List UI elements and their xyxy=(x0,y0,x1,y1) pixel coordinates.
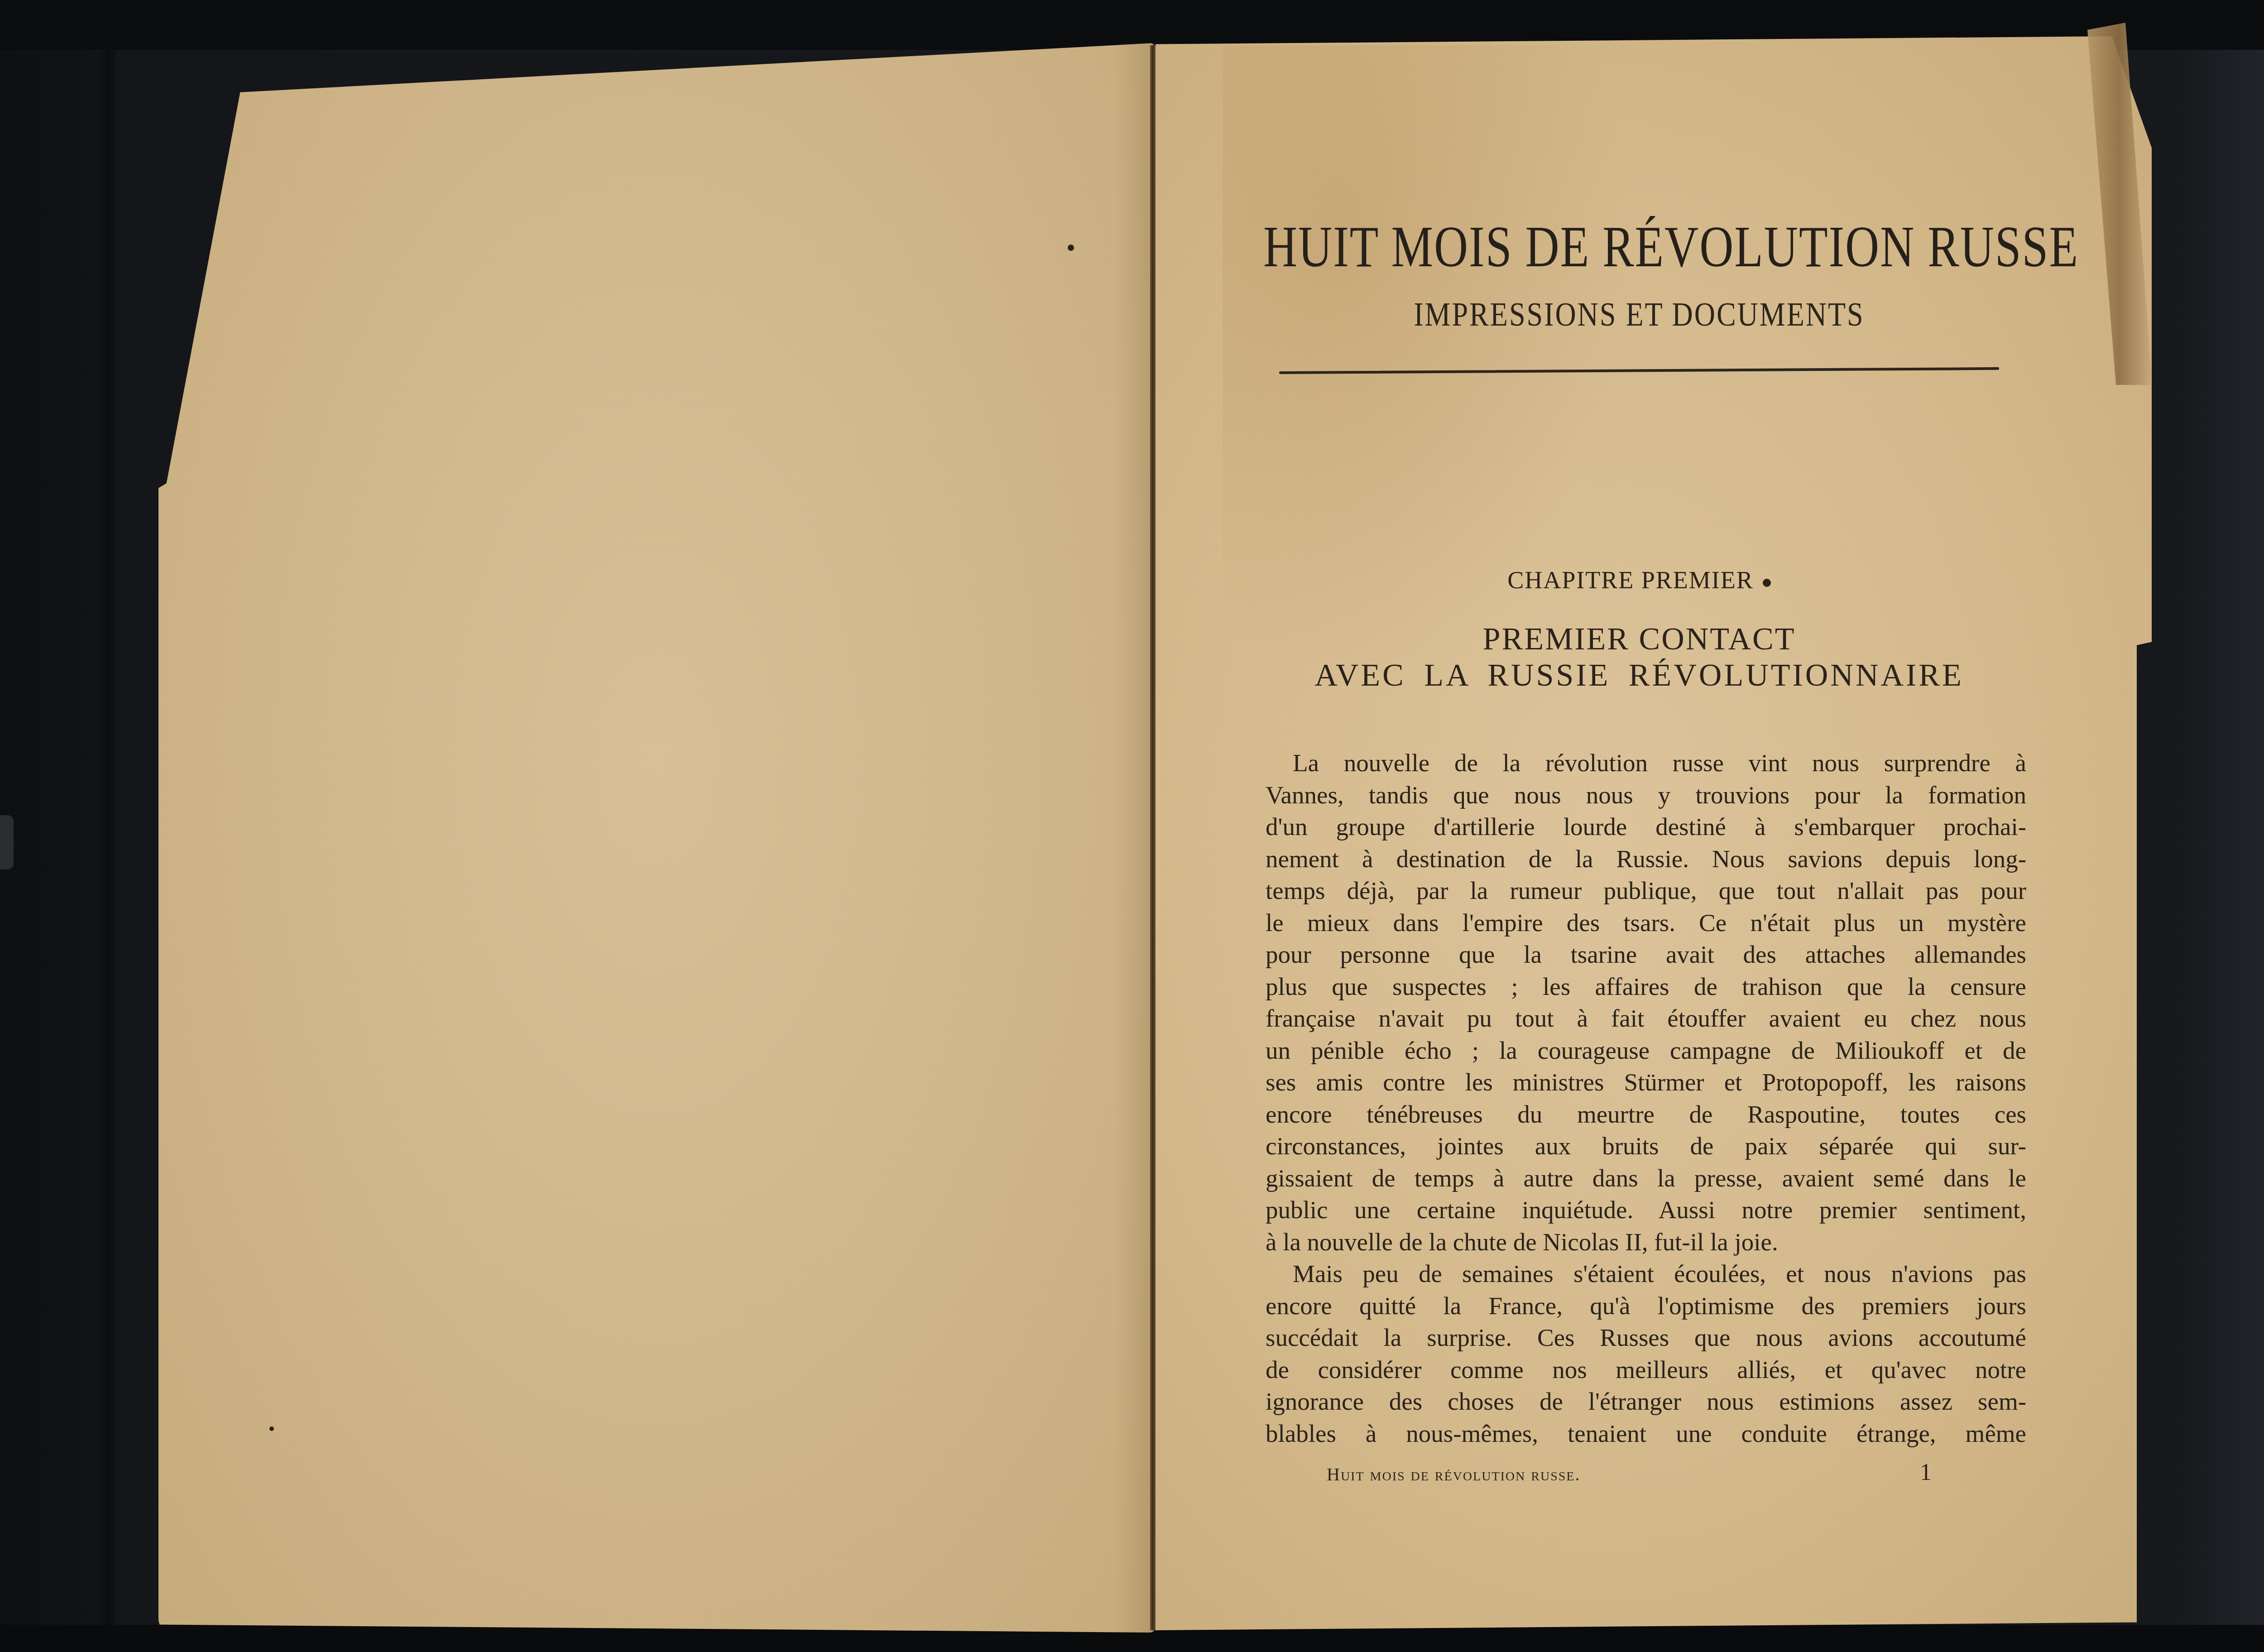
text-line: pour personne que la tsarine avait des a… xyxy=(1266,939,2026,971)
text-line: Vannes, tandis que nous nous y trouvions… xyxy=(1266,779,2026,812)
left-page-blank xyxy=(158,43,1155,1633)
text-line: encore quitté la France, qu'à l'optimism… xyxy=(1266,1290,2026,1322)
text-line: public une certaine inquiétude. Aussi no… xyxy=(1266,1194,2026,1226)
text-line: circonstances, jointes aux bruits de pai… xyxy=(1266,1130,2026,1162)
book-gutter xyxy=(1150,45,1156,1630)
text-line: La nouvelle de la révolution russe vint … xyxy=(1266,747,2026,779)
running-footer: Huit mois de révolution russe. xyxy=(1327,1464,1580,1485)
text-line: plus que suspectes ; les affaires de tra… xyxy=(1266,971,2026,1003)
text-line: un pénible écho ; la courageuse campagne… xyxy=(1266,1035,2026,1067)
book-title: HUIT MOIS DE RÉVOLUTION RUSSE xyxy=(1263,213,2015,280)
bullet-icon xyxy=(1763,579,1771,587)
chapter-title-line-1: PREMIER CONTACT xyxy=(1263,621,2015,658)
text-line: à la nouvelle de la chute de Nicolas II,… xyxy=(1266,1226,2026,1258)
text-line: gissaient de temps à autre dans la press… xyxy=(1266,1162,2026,1195)
chapter-title-line-2: AVEC LA RUSSIE RÉVOLUTIONNAIRE xyxy=(1263,658,2015,694)
chapter-label-text: CHAPITRE PREMIER xyxy=(1507,567,1754,594)
clip xyxy=(0,815,14,869)
book-subtitle: IMPRESSIONS ET DOCUMENTS xyxy=(1263,295,2015,334)
text-line: succédait la surprise. Ces Russes que no… xyxy=(1266,1322,2026,1354)
chapter-label: CHAPITRE PREMIER xyxy=(1263,566,2015,594)
text-line: le mieux dans l'empire des tsars. Ce n'é… xyxy=(1266,907,2026,939)
text-line: encore ténébreuses du meurtre de Raspout… xyxy=(1266,1099,2026,1131)
text-line: ignorance des choses de l'étranger nous … xyxy=(1266,1386,2026,1418)
text-line: ses amis contre les ministres Stürmer et… xyxy=(1266,1066,2026,1099)
left-page-curl-shadow xyxy=(1114,43,1155,1633)
text-line: française n'avait pu tout à fait étouffe… xyxy=(1266,1003,2026,1035)
text-line: blables à nous-mêmes, tenaient une condu… xyxy=(1266,1418,2026,1450)
body-text: La nouvelle de la révolution russe vint … xyxy=(1266,747,2026,1450)
text-line: Mais peu de semaines s'étaient écoulées,… xyxy=(1266,1258,2026,1290)
text-line: d'un groupe d'artillerie lourde destiné … xyxy=(1266,811,2026,843)
paper-speck xyxy=(1068,245,1074,251)
page-number: 1 xyxy=(1920,1459,1932,1486)
paper-speck xyxy=(269,1426,274,1431)
text-line: nement à destination de la Russie. Nous … xyxy=(1266,843,2026,875)
text-line: de considérer comme nos meilleurs alliés… xyxy=(1266,1354,2026,1386)
text-line: temps déjà, par la rumeur publique, que … xyxy=(1266,875,2026,907)
